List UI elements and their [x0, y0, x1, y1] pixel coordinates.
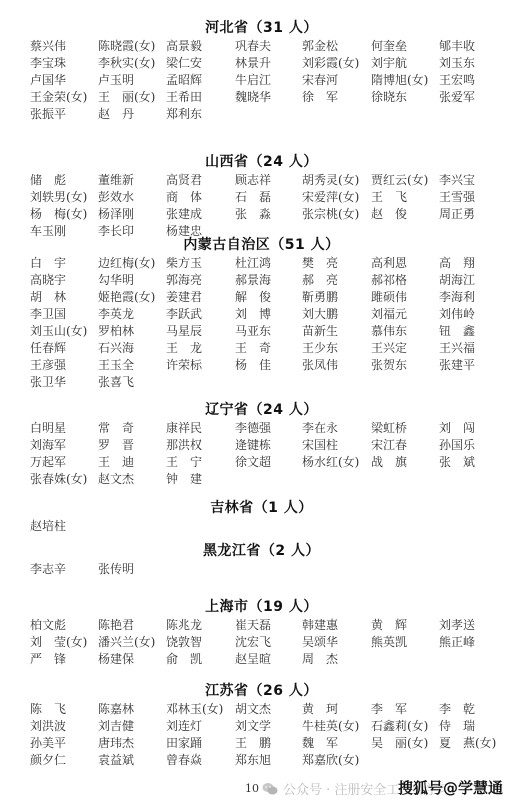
person-name: 杨 梅(女) — [30, 206, 98, 223]
person-name: 逄键栋 — [235, 437, 302, 454]
person-name: 王玉全 — [98, 357, 166, 374]
person-name: 钮 鑫 — [439, 323, 499, 340]
person-name: 王 迪 — [98, 454, 166, 471]
person-name: 刘洪波 — [30, 718, 98, 735]
person-name: 刘 莹(女) — [30, 634, 98, 651]
person-name: 许荣标 — [166, 357, 235, 374]
document-page: 河北省（31 人）蔡兴伟陈晓霞(女)高景毅巩春夫郭金松何奎垒郇丰收李宝珠李秋实(… — [0, 0, 523, 806]
person-name: 黄 珂 — [302, 701, 371, 718]
person-name: 胡海江 — [439, 272, 499, 289]
person-name: 卢国华 — [30, 72, 98, 89]
name-grid: 赵培柱 — [30, 518, 523, 535]
person-name: 郝景海 — [235, 272, 302, 289]
person-name: 赵 丹 — [98, 106, 166, 123]
person-name: 郝 亮 — [302, 272, 371, 289]
person-name: 张建平 — [439, 357, 499, 374]
person-name: 吴 丽(女) — [371, 735, 439, 752]
person-name: 杨建保 — [98, 651, 166, 668]
section-title: 山西省（24 人） — [0, 152, 523, 172]
person-name: 巩春夫 — [235, 38, 302, 55]
person-name: 张贺东 — [371, 357, 439, 374]
person-name: 刘宇航 — [371, 55, 439, 72]
person-name: 陈 飞 — [30, 701, 98, 718]
person-name: 郑利东 — [166, 106, 235, 123]
person-name: 高贤君 — [166, 172, 235, 189]
person-name: 张 斌 — [439, 454, 499, 471]
person-name: 赵文杰 — [98, 471, 166, 488]
person-name: 刘玉山(女) — [30, 323, 98, 340]
person-name: 王彦强 — [30, 357, 98, 374]
person-name: 李在永 — [302, 420, 371, 437]
person-name: 彭效水 — [98, 189, 166, 206]
person-name: 郝祁格 — [371, 272, 439, 289]
person-name: 陈艳君 — [98, 617, 166, 634]
province-section: 黑龙江省（2 人）李志辛张传明 — [0, 541, 523, 578]
person-name: 边红梅(女) — [98, 255, 166, 272]
person-name: 颜夕仁 — [30, 752, 98, 769]
person-name: 董维新 — [98, 172, 166, 189]
person-name: 马星辰 — [166, 323, 235, 340]
person-name: 张卫华 — [30, 374, 98, 391]
person-name: 唐玮杰 — [98, 735, 166, 752]
person-name: 钟 建 — [166, 471, 235, 488]
person-name: 白明星 — [30, 420, 98, 437]
name-grid: 蔡兴伟陈晓霞(女)高景毅巩春夫郭金松何奎垒郇丰收李宝珠李秋实(女)梁仁安林景升刘… — [30, 38, 523, 123]
person-name: 石兴海 — [98, 340, 166, 357]
person-name: 魏 军 — [302, 735, 371, 752]
person-name: 张喜飞 — [98, 374, 166, 391]
person-name: 王金荣(女) — [30, 89, 98, 106]
person-name: 李宝珠 — [30, 55, 98, 72]
person-name: 王 宁 — [166, 454, 235, 471]
person-name: 吴颂华 — [302, 634, 371, 651]
person-name: 孙国乐 — [439, 437, 499, 454]
person-name: 郑嘉欣(女) — [302, 752, 371, 769]
person-name: 高景毅 — [166, 38, 235, 55]
person-name: 牛启江 — [235, 72, 302, 89]
person-name: 姬艳霞(女) — [98, 289, 166, 306]
person-name: 宋江春 — [371, 437, 439, 454]
person-name: 韩建惠 — [302, 617, 371, 634]
person-name: 郭海亮 — [166, 272, 235, 289]
name-grid: 白 宇边红梅(女)柴方玉杜江鸿樊 亮高利恩高 翔高晓宇勾华明郭海亮郝景海郝 亮郝… — [30, 255, 523, 391]
person-name: 胡文杰 — [235, 701, 302, 718]
person-name: 柏文彪 — [30, 617, 98, 634]
person-name: 罗 晋 — [98, 437, 166, 454]
person-name: 雎硕伟 — [371, 289, 439, 306]
person-name: 赵 俊 — [371, 206, 439, 223]
sohu-watermark: 搜狐号@学慧通 — [398, 777, 503, 798]
person-name: 刘海军 — [30, 437, 98, 454]
person-name: 高利恩 — [371, 255, 439, 272]
section-title: 河北省（31 人） — [0, 18, 523, 38]
person-name: 杜江鸿 — [235, 255, 302, 272]
person-name: 罗柏林 — [98, 323, 166, 340]
person-name: 张传明 — [98, 561, 166, 578]
person-name: 俞 凯 — [166, 651, 235, 668]
person-name: 刘伟岭 — [439, 306, 499, 323]
person-name: 郇丰收 — [439, 38, 499, 55]
province-section: 河北省（31 人）蔡兴伟陈晓霞(女)高景毅巩春夫郭金松何奎垒郇丰收李宝珠李秋实(… — [0, 18, 523, 123]
person-name: 王 奇 — [235, 340, 302, 357]
person-name: 李海利 — [439, 289, 499, 306]
person-name: 梁虹桥 — [371, 420, 439, 437]
person-name: 宋春河 — [302, 72, 371, 89]
person-name: 王 飞 — [371, 189, 439, 206]
person-name: 陈兆龙 — [166, 617, 235, 634]
person-name: 柴方玉 — [166, 255, 235, 272]
person-name: 高晓宇 — [30, 272, 98, 289]
section-title: 黑龙江省（2 人） — [0, 541, 523, 561]
person-name: 宋国柱 — [302, 437, 371, 454]
person-name: 苗新生 — [302, 323, 371, 340]
person-name: 孟昭辉 — [166, 72, 235, 89]
person-name: 慕伟东 — [371, 323, 439, 340]
person-name: 战 旗 — [371, 454, 439, 471]
person-name: 隋博旭(女) — [371, 72, 439, 89]
person-name: 田家踊 — [166, 735, 235, 752]
person-name: 何奎垒 — [371, 38, 439, 55]
person-name: 郑东旭 — [235, 752, 302, 769]
section-title: 吉林省（1 人） — [0, 498, 523, 518]
person-name: 王 鹏 — [235, 735, 302, 752]
person-name: 刘 闯 — [439, 420, 499, 437]
person-name: 姜建君 — [166, 289, 235, 306]
province-section: 内蒙古自治区（51 人）白 宇边红梅(女)柴方玉杜江鸿樊 亮高利恩高 翔高晓宇勾… — [0, 235, 523, 391]
person-name: 李跃武 — [166, 306, 235, 323]
person-name: 刘大鹏 — [302, 306, 371, 323]
person-name: 熊英凯 — [371, 634, 439, 651]
person-name: 张凤伟 — [302, 357, 371, 374]
person-name: 杨水红(女) — [302, 454, 371, 471]
person-name: 李兴宝 — [439, 172, 499, 189]
person-name: 陈晓霞(女) — [98, 38, 166, 55]
person-name: 黄 辉 — [371, 617, 439, 634]
person-name: 万起军 — [30, 454, 98, 471]
person-name: 王 丽(女) — [98, 89, 166, 106]
person-name: 高 翔 — [439, 255, 499, 272]
person-name: 王 龙 — [166, 340, 235, 357]
section-title: 上海市（19 人） — [0, 597, 523, 617]
person-name: 曾春焱 — [166, 752, 235, 769]
person-name: 潘兴兰(女) — [98, 634, 166, 651]
province-section: 辽宁省（24 人）白明星常 奇康祥民李德强李在永梁虹桥刘 闯刘海军罗 晋那洪权逄… — [0, 400, 523, 488]
section-title: 辽宁省（24 人） — [0, 400, 523, 420]
person-name: 胡秀灵(女) — [302, 172, 371, 189]
person-name: 李德强 — [235, 420, 302, 437]
person-name: 张宗桃(女) — [302, 206, 371, 223]
person-name: 蔡兴伟 — [30, 38, 98, 55]
person-name: 刘轶男(女) — [30, 189, 98, 206]
person-name: 刘 博 — [235, 306, 302, 323]
person-name: 王雪强 — [439, 189, 499, 206]
person-name: 刘福元 — [371, 306, 439, 323]
section-title: 江苏省（26 人） — [0, 681, 523, 701]
person-name: 孙美平 — [30, 735, 98, 752]
province-section: 上海市（19 人）柏文彪陈艳君陈兆龙崔天磊韩建惠黄 辉刘孝送刘 莹(女)潘兴兰(… — [0, 597, 523, 668]
person-name: 魏晓华 — [235, 89, 302, 106]
person-name: 王兴福 — [439, 340, 499, 357]
person-name: 胡 林 — [30, 289, 98, 306]
person-name: 刘吉健 — [98, 718, 166, 735]
person-name: 崔天磊 — [235, 617, 302, 634]
person-name: 贾红云(女) — [371, 172, 439, 189]
person-name: 牛桂英(女) — [302, 718, 371, 735]
person-name: 靳勇鹏 — [302, 289, 371, 306]
person-name: 康祥民 — [166, 420, 235, 437]
name-grid: 白明星常 奇康祥民李德强李在永梁虹桥刘 闯刘海军罗 晋那洪权逄键栋宋国柱宋江春孙… — [30, 420, 523, 488]
person-name: 刘彩霞(女) — [302, 55, 371, 72]
person-name: 储 彪 — [30, 172, 98, 189]
province-section: 吉林省（1 人）赵培柱 — [0, 498, 523, 535]
page-footer: 10 公众号 · 注册安全工程师学习 搜狐号@学慧通 — [0, 776, 523, 806]
person-name: 马亚东 — [235, 323, 302, 340]
province-section: 山西省（24 人）储 彪董维新高贤君顾志祥胡秀灵(女)贾红云(女)李兴宝刘轶男(… — [0, 152, 523, 240]
person-name: 李卫国 — [30, 306, 98, 323]
person-name: 侍 瑞 — [439, 718, 499, 735]
name-grid: 李志辛张传明 — [30, 561, 523, 578]
person-name: 徐文超 — [235, 454, 302, 471]
person-name: 顾志祥 — [235, 172, 302, 189]
person-name: 熊正峰 — [439, 634, 499, 651]
person-name: 那洪权 — [166, 437, 235, 454]
person-name: 王少东 — [302, 340, 371, 357]
person-name: 徐 军 — [302, 89, 371, 106]
person-name: 徐晓东 — [371, 89, 439, 106]
person-name: 袁益斌 — [98, 752, 166, 769]
person-name: 杨 佳 — [235, 357, 302, 374]
person-name: 严 锋 — [30, 651, 98, 668]
person-name: 林景升 — [235, 55, 302, 72]
person-name: 梁仁安 — [166, 55, 235, 72]
person-name: 卢玉明 — [98, 72, 166, 89]
person-name: 杨泽刚 — [98, 206, 166, 223]
person-name: 李 乾 — [439, 701, 499, 718]
person-name: 李志辛 — [30, 561, 98, 578]
person-name: 李秋实(女) — [98, 55, 166, 72]
person-name: 刘连灯 — [166, 718, 235, 735]
person-name: 商 体 — [166, 189, 235, 206]
province-section: 江苏省（26 人）陈 飞陈嘉林邓林玉(女)胡文杰黄 珂李 军李 乾刘洪波刘吉健刘… — [0, 681, 523, 769]
person-name: 任春辉 — [30, 340, 98, 357]
person-name: 解 俊 — [235, 289, 302, 306]
person-name: 张建成 — [166, 206, 235, 223]
page-number: 10 — [245, 782, 259, 795]
person-name: 刘文学 — [235, 718, 302, 735]
person-name: 王兴定 — [371, 340, 439, 357]
person-name: 王宏鸣 — [439, 72, 499, 89]
person-name: 勾华明 — [98, 272, 166, 289]
person-name: 周正勇 — [439, 206, 499, 223]
person-name: 赵呈暄 — [235, 651, 302, 668]
person-name: 张爱军 — [439, 89, 499, 106]
person-name: 赵培柱 — [30, 518, 98, 535]
person-name: 樊 亮 — [302, 255, 371, 272]
person-name: 石鑫莉(女) — [371, 718, 439, 735]
person-name: 刘玉东 — [439, 55, 499, 72]
name-grid: 储 彪董维新高贤君顾志祥胡秀灵(女)贾红云(女)李兴宝刘轶男(女)彭效水商 体石… — [30, 172, 523, 240]
person-name: 白 宇 — [30, 255, 98, 272]
person-name: 宋爱萍(女) — [302, 189, 371, 206]
person-name: 陈嘉林 — [98, 701, 166, 718]
name-grid: 柏文彪陈艳君陈兆龙崔天磊韩建惠黄 辉刘孝送刘 莹(女)潘兴兰(女)饶敦智沈宏飞吴… — [30, 617, 523, 668]
person-name: 王希田 — [166, 89, 235, 106]
person-name: 饶敦智 — [166, 634, 235, 651]
person-name: 石 磊 — [235, 189, 302, 206]
name-grid: 陈 飞陈嘉林邓林玉(女)胡文杰黄 珂李 军李 乾刘洪波刘吉健刘连灯刘文学牛桂英(… — [30, 701, 523, 769]
person-name: 周 杰 — [302, 651, 371, 668]
person-name: 张 淼 — [235, 206, 302, 223]
person-name: 郭金松 — [302, 38, 371, 55]
person-name: 刘孝送 — [439, 617, 499, 634]
person-name: 沈宏飞 — [235, 634, 302, 651]
person-name: 李 军 — [371, 701, 439, 718]
wechat-icon — [262, 782, 278, 796]
person-name: 张春姝(女) — [30, 471, 98, 488]
person-name: 常 奇 — [98, 420, 166, 437]
person-name: 邓林玉(女) — [166, 701, 235, 718]
person-name: 夏 燕(女) — [439, 735, 499, 752]
person-name: 张振平 — [30, 106, 98, 123]
person-name: 李英龙 — [98, 306, 166, 323]
section-title: 内蒙古自治区（51 人） — [0, 235, 523, 255]
